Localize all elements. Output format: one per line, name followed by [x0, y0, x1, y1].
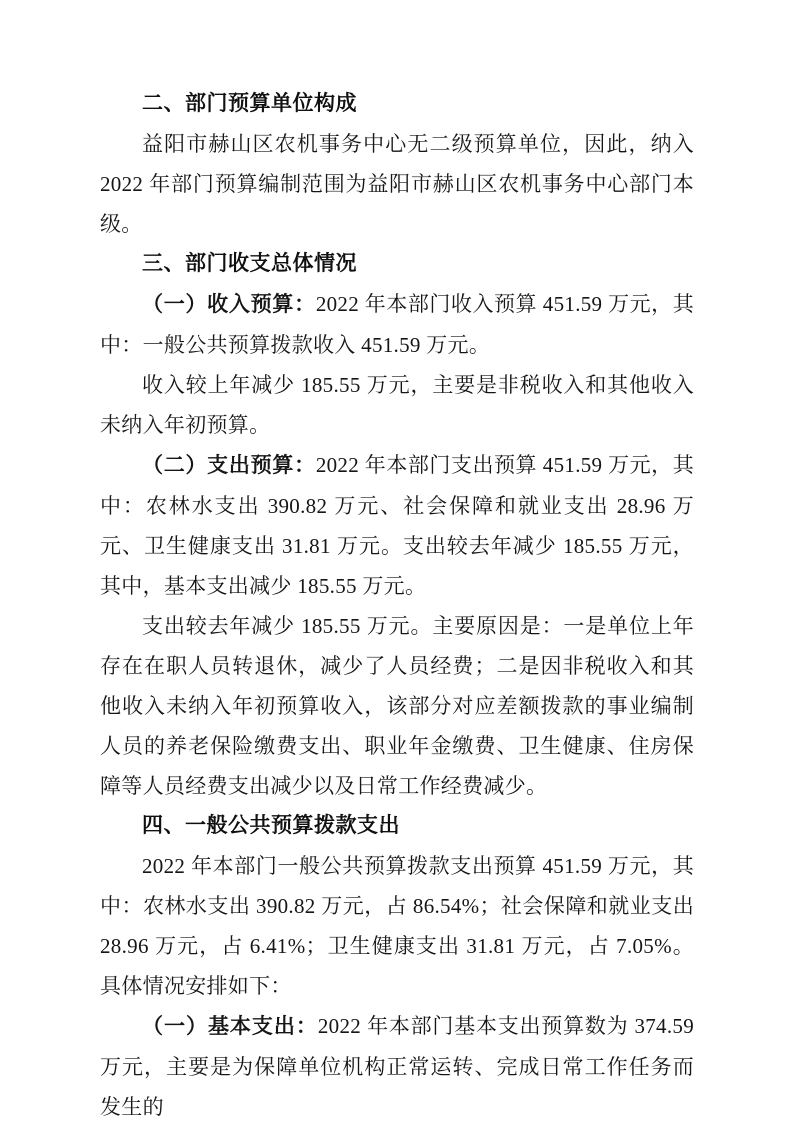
document-page: 二、部门预算单位构成 益阳市赫山区农机事务中心无二级预算单位，因此，纳入 202… [0, 0, 794, 1122]
paragraph-revenue-decrease: 收入较上年减少 185.55 万元，主要是非税收入和其他收入未纳入年初预算。 [100, 365, 694, 445]
revenue-budget-label: （一）收入预算： [142, 293, 316, 316]
paragraph-unit-composition: 益阳市赫山区农机事务中心无二级预算单位，因此，纳入 2022 年部门预算编制范围… [100, 124, 694, 244]
paragraph-expenditure-budget: （二）支出预算：2022 年本部门支出预算 451.59 万元，其中：农林水支出… [100, 445, 694, 606]
paragraph-revenue-budget: （一）收入预算：2022 年本部门收入预算 451.59 万元，其中：一般公共预… [100, 284, 694, 365]
section-heading-3-overall-revenue-expenditure: 三、部门收支总体情况 [100, 244, 694, 284]
paragraph-basic-expenditure: （一）基本支出：2022 年本部门基本支出预算数为 374.59 万元，主要是为… [100, 1006, 694, 1122]
document-body: 二、部门预算单位构成 益阳市赫山区农机事务中心无二级预算单位，因此，纳入 202… [100, 84, 694, 1122]
section-heading-2-unit-composition: 二、部门预算单位构成 [100, 84, 694, 124]
expenditure-budget-label: （二）支出预算： [142, 454, 316, 477]
section-heading-4-public-budget-expenditure: 四、一般公共预算拨款支出 [100, 806, 694, 846]
paragraph-public-budget-breakdown: 2022 年本部门一般公共预算拨款支出预算 451.59 万元，其中：农林水支出… [100, 846, 694, 1006]
paragraph-expenditure-decrease-reasons: 支出较去年减少 185.55 万元。主要原因是：一是单位上年存在在职人员转退休，… [100, 606, 694, 806]
basic-expenditure-label: （一）基本支出： [142, 1015, 318, 1038]
